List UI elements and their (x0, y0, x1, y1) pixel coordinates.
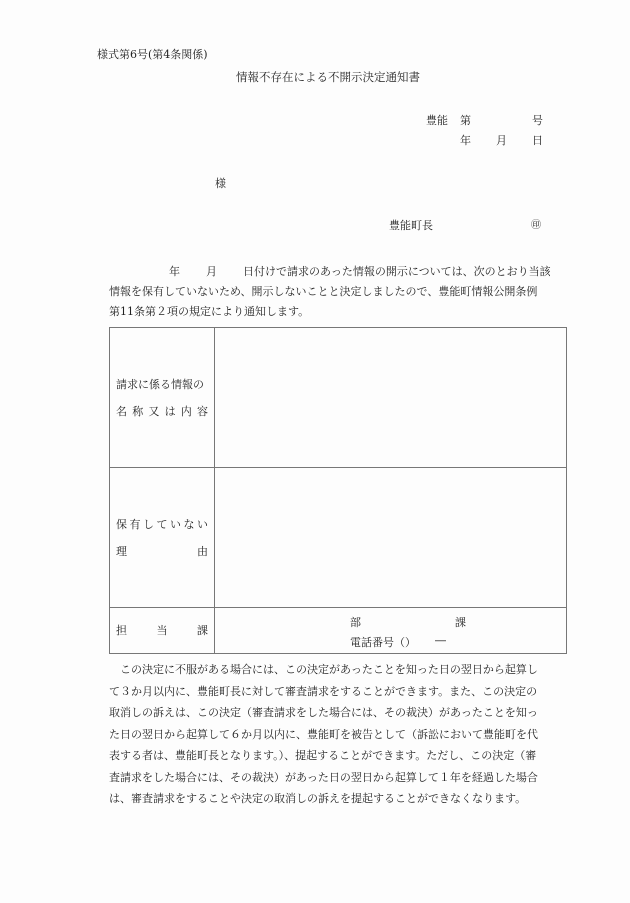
issuer-name: 豊能町長 (389, 219, 433, 233)
label-char: い (170, 518, 181, 532)
date-day: 日 (532, 134, 543, 148)
recipient-honorific: 様 (215, 177, 226, 191)
seal-icon: ㊞ (531, 219, 541, 233)
notice-line: は、審査請求をすることや決定の取消しの訴えを提起することができなくなります。 (109, 788, 571, 810)
label-char: 当 (157, 624, 168, 638)
label-char: し (143, 518, 154, 532)
intro-line-3: 第11条第２項の規定により通知します。 (109, 302, 569, 322)
label-reason: 保 有 し て い な い 理 由 (110, 468, 215, 607)
appeal-notice: この決定に不服がある場合には、この決定があったことを知った日の翌日から起算し て… (109, 659, 571, 810)
table-row-requested-info: 請求に係る情報の 名 称 又 は 内 容 (110, 328, 566, 468)
date-year: 年 (460, 134, 471, 148)
form-number-label: 様式第6号(第4条関係) (97, 48, 208, 62)
intro-line-1: 年月日付けで請求のあった情報の開示については、次のとおり当該 (109, 262, 569, 282)
notice-line: た日の翌日から起算して６か月以内に、豊能町を被告として（訴訟において豊能町を代 (109, 724, 571, 746)
label-char: 称 (132, 405, 143, 419)
label-char: て (157, 518, 168, 532)
phone-paren-close: ） (405, 634, 416, 650)
requested-info-field[interactable] (215, 328, 566, 467)
label-char: 由 (197, 545, 208, 559)
form-table: 請求に係る情報の 名 称 又 は 内 容 保 有 し て い な い (109, 327, 567, 654)
label-char: 名 (116, 405, 127, 419)
notice-line: て３か月以内に、豊能町長に対して審査請求をすることができます。また、この決定の (109, 681, 571, 703)
label-char: は (165, 405, 176, 419)
intro-line-1-text: 日付けで請求のあった情報の開示については、次のとおり当該 (243, 265, 551, 278)
phone-dash: ― (435, 634, 446, 647)
label-char: 又 (148, 405, 159, 419)
label-department: 担 当 課 (110, 608, 215, 654)
label-char: い (197, 518, 208, 532)
notice-line: この決定に不服がある場合には、この決定があったことを知った日の翌日から起算し (109, 659, 571, 681)
intro-month: 月 (206, 265, 217, 278)
doc-number-dai: 第 (460, 114, 471, 128)
label-char: 理 (116, 545, 127, 559)
department-ka-label: 課 (455, 614, 466, 630)
intro-paragraph: 年月日付けで請求のあった情報の開示については、次のとおり当該 情報を保有していな… (109, 262, 569, 322)
label-char: な (184, 518, 195, 532)
reason-field[interactable] (215, 468, 566, 607)
department-field[interactable]: 部 課 電話番号（ ） ― (215, 608, 566, 654)
label-char: 内 (181, 405, 192, 419)
label-requested-info: 請求に係る情報の 名 称 又 は 内 容 (110, 328, 215, 467)
notice-line: 取消しの訴えは、この決定（審査請求をした場合には、その裁決）があったことを知っ (109, 702, 571, 724)
notice-line: 表する者は、豊能町長となります。）、提起することができます。ただし、この決定（審 (109, 745, 571, 767)
table-row-reason: 保 有 し て い な い 理 由 (110, 468, 566, 608)
department-be-label: 部 (350, 614, 361, 630)
intro-year: 年 (169, 265, 180, 278)
intro-line-2: 情報を保有していないため、開示しないことと決定しましたので、豊能町情報公開条例 (109, 282, 569, 302)
label-char: 課 (197, 624, 208, 638)
label-text: 請求に係る情報の (116, 378, 204, 392)
label-char: 担 (116, 624, 127, 638)
notice-line: 査請求をした場合には、その裁決）があった日の翌日から起算して１年を経過した場合 (109, 767, 571, 789)
label-char: 容 (197, 405, 208, 419)
date-month: 月 (496, 134, 507, 148)
phone-label: 電話番号（ (350, 634, 405, 650)
doc-number-go: 号 (532, 114, 543, 128)
label-char: 保 (116, 518, 127, 532)
document-title: 情報不存在による不開示決定通知書 (236, 70, 420, 84)
label-char: 有 (130, 518, 141, 532)
doc-number-prefix: 豊能 (426, 114, 448, 128)
table-row-department: 担 当 課 部 課 電話番号（ ） ― (110, 608, 566, 654)
